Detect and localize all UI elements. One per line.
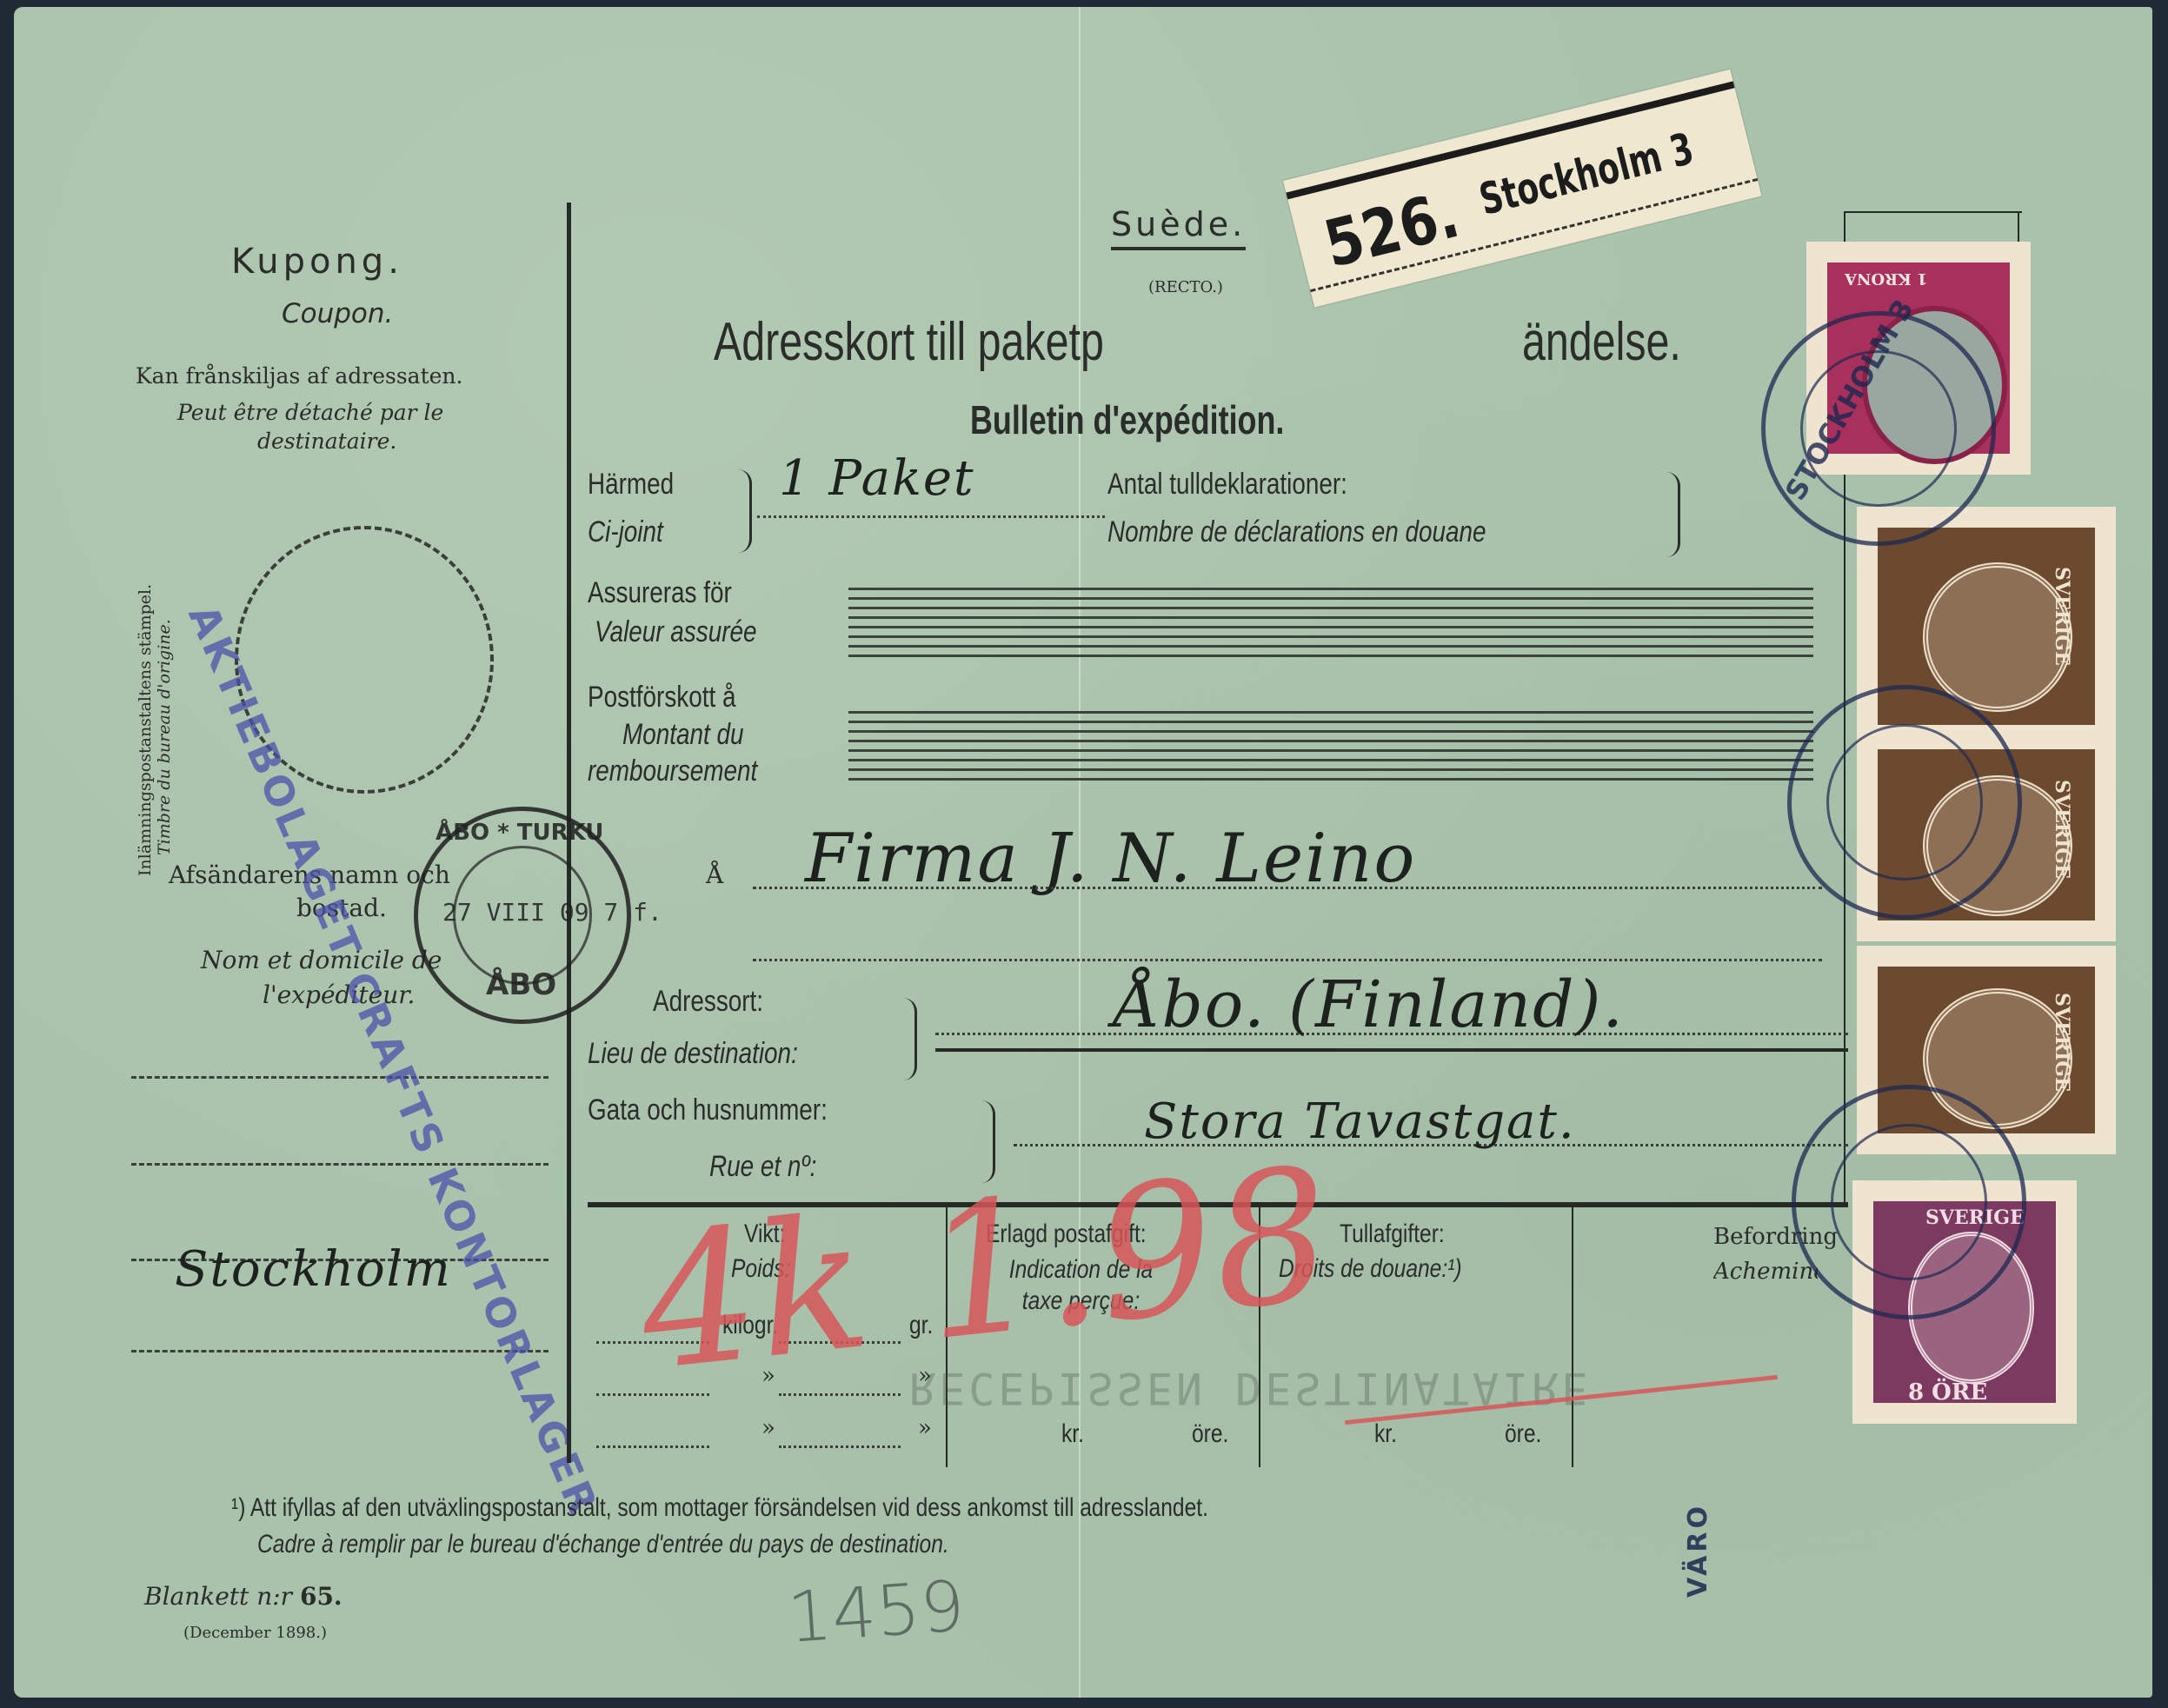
enclosed-value: 1 Paket xyxy=(779,450,975,507)
varo-cachet: VÄRO xyxy=(1683,1503,1713,1598)
addressee-line-2 xyxy=(753,959,1822,961)
coupon-subtitle: Coupon. xyxy=(282,298,393,329)
stamp-area-top xyxy=(1844,211,2022,213)
abo-postmark-bottom: ÅBO xyxy=(486,967,556,1002)
destination-rule xyxy=(935,1048,1848,1052)
stamp-4-country: SVERIGE xyxy=(2051,993,2073,1092)
card-title-sv-left: Adresskort till paketp xyxy=(714,311,1104,373)
street-label-fr: Rue et nº: xyxy=(709,1150,816,1184)
stamp-5-value: 8 ÖRE xyxy=(1908,1379,1987,1406)
stockholm-postmark-3 xyxy=(1792,1085,2026,1319)
abo-postmark-date: 27 VIII 09 7 f. xyxy=(442,898,662,927)
coupon-detach-sv: Kan frånskiljas af adressaten. xyxy=(136,363,462,389)
form-number: Blankett n:r 65. xyxy=(144,1582,342,1611)
sender-line-4 xyxy=(131,1350,549,1352)
routing-header-fr: Acheminement xyxy=(1713,1259,1818,1285)
form-date: (December 1898.) xyxy=(183,1624,327,1642)
stockholm-postmark-2 xyxy=(1787,685,2022,920)
cod-label-sv: Postförskott å xyxy=(588,681,735,714)
footnote-sv: ¹) Att ifyllas af den utväxlingspostanst… xyxy=(231,1493,1208,1523)
customs-label-fr: Nombre de déclarations en douane xyxy=(1107,515,1486,549)
coupon-detach-fr-1: Peut être détaché par le xyxy=(177,400,443,425)
postage-unit-kr: kr. xyxy=(1061,1419,1084,1449)
insured-label-fr: Valeur assurée xyxy=(595,615,756,649)
sender-line-1 xyxy=(131,1076,549,1079)
sender-line-2 xyxy=(131,1163,549,1166)
abo-postmark: ÅBO * TURKU 27 VIII 09 7 f. ÅBO xyxy=(414,807,631,1024)
cod-label-fr-2: remboursement xyxy=(588,754,757,788)
enclosed-label-sv: Härmed xyxy=(588,468,674,502)
parcel-number-label: 526. Stockholm 3 xyxy=(1283,70,1762,308)
destination-label-fr: Lieu de destination: xyxy=(588,1037,798,1071)
cod-ruled-field xyxy=(848,711,1813,788)
form-number-value: 65. xyxy=(300,1582,342,1611)
address-card: Kupong. Coupon. Kan frånskiljas af adres… xyxy=(14,7,2152,1698)
stockholm-postmark-3-inner xyxy=(1831,1124,1987,1280)
destination-value: Åbo. (Finland). xyxy=(1114,967,1625,1042)
label-number: 526. xyxy=(1317,177,1466,282)
recto-label: (RECTO.) xyxy=(1148,278,1223,296)
coupon-detach-fr-2: destinataire. xyxy=(257,429,396,454)
addressee-line xyxy=(753,887,1822,889)
enclosed-label-fr: Ci-joint xyxy=(588,515,663,549)
card-title-fr: Bulletin d'expédition. xyxy=(970,396,1284,443)
ditto-3: » xyxy=(761,1415,775,1441)
addressee-prefix: Å xyxy=(706,861,723,889)
stockholm-postmark-1: STOCKHOLM 3 xyxy=(1761,311,1996,546)
customs-unit-ore: öre. xyxy=(1505,1419,1541,1449)
country-heading: Suède. xyxy=(1111,205,1246,250)
destination-label-sv: Adressort: xyxy=(653,985,763,1019)
customs-brace xyxy=(1664,472,1680,557)
origin-stamp-fr: Timbre du bureau d'origine. xyxy=(155,584,174,855)
table-col-3 xyxy=(1572,1206,1573,1467)
cod-label-fr-1: Montant du xyxy=(622,718,744,752)
stamp-3-country: SVERIGE xyxy=(2051,780,2073,879)
weight-line-g-3 xyxy=(779,1445,901,1448)
insured-ruled-field xyxy=(848,588,1813,664)
customs-unit-kr: kr. xyxy=(1374,1419,1397,1449)
footnote-fr: Cadre à remplir par le bureau d'échange … xyxy=(257,1530,949,1559)
ditto-4: » xyxy=(918,1415,932,1441)
customs-fee-header-sv: Tullafgifter: xyxy=(1340,1220,1445,1249)
origin-stamp-vertical: Inlämningspostanstaltens stämpel. Timbre… xyxy=(136,584,174,876)
stamp-2-country: SVERIGE xyxy=(2051,567,2073,666)
sender-handwritten: Stockholm xyxy=(175,1241,452,1298)
form-number-label: Blankett n:r xyxy=(144,1582,292,1611)
abo-postmark-top: ÅBO * TURKU xyxy=(436,820,603,846)
coupon-title: Kupong. xyxy=(231,242,403,282)
stamp-1-value: 1 KRONA xyxy=(1845,269,1928,288)
pencil-note: 1459 xyxy=(785,1565,968,1658)
street-label-sv: Gata och husnummer: xyxy=(588,1093,828,1127)
weight-line-kg-3 xyxy=(596,1445,709,1448)
stockholm-postmark-2-inner xyxy=(1826,724,1983,881)
destination-brace xyxy=(901,998,917,1080)
customs-label-sv: Antal tulldeklarationer: xyxy=(1107,468,1347,502)
enclosed-brace xyxy=(735,469,752,553)
card-title-sv-right: ändelse. xyxy=(1522,311,1681,373)
enclosed-line xyxy=(757,515,1105,518)
origin-stamp-sv: Inlämningspostanstaltens stämpel. xyxy=(136,584,155,876)
insured-label-sv: Assureras för xyxy=(588,576,732,610)
postage-unit-ore: öre. xyxy=(1192,1419,1228,1449)
